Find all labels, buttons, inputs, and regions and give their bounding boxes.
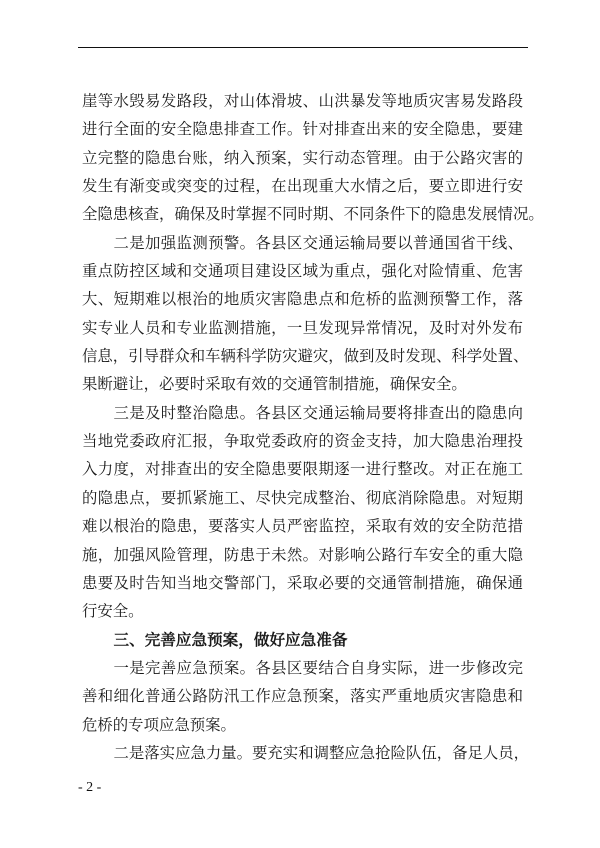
paragraph-hazard-remediation: 三是及时整治隐患。各县区交通运输局要将排查出的隐患向 当地党委政府汇报，争取党委…: [82, 399, 523, 626]
section-heading: 三、完善应急预案，做好应急准备: [82, 626, 523, 654]
text-line: 行安全。: [82, 597, 523, 625]
text-line: 二是加强监测预警。各县区交通运输局要以普通国省干线、: [82, 229, 523, 257]
text-line: 三是及时整治隐患。各县区交通运输局要将排查出的隐患向: [82, 399, 523, 427]
text-line: 重点防控区域和交通项目建设区域为重点，强化对险情重、危害: [82, 257, 523, 285]
text-line: 全隐患核查，确保及时掌握不同时期、不同条件下的隐患发展情况。: [82, 200, 523, 228]
paragraph-monitoring-warning: 二是加强监测预警。各县区交通运输局要以普通国省干线、 重点防控区域和交通项目建设…: [82, 229, 523, 399]
text-line: 崖等水毁易发路段，对山体滑坡、山洪暴发等地质灾害易发路段: [82, 87, 523, 115]
text-line: 患要及时告知当地交警部门，采取必要的交通管制措施，确保通: [82, 569, 523, 597]
text-line: 二是落实应急力量。要充实和调整应急抢险队伍，备足人员，: [82, 739, 523, 767]
text-line: 一是完善应急预案。各县区要结合自身实际，进一步修改完: [82, 654, 523, 682]
section-heading-emergency-plans: 三、完善应急预案，做好应急准备: [82, 626, 523, 654]
text-line: 入力度，对排查出的安全隐患要限期逐一进行整改。对正在施工: [82, 455, 523, 483]
text-line: 难以根治的隐患，要落实人员严密监控，采取有效的安全防范措: [82, 512, 523, 540]
text-line: 进行全面的安全隐患排查工作。针对排查出来的安全隐患，要建: [82, 115, 523, 143]
page-number: - 2 -: [78, 779, 101, 797]
text-line: 当地党委政府汇报，争取党委政府的资金支持，加大隐患治理投: [82, 427, 523, 455]
text-line: 果断避让，必要时采取有效的交通管制措施，确保安全。: [82, 370, 523, 398]
text-line: 立完整的隐患台账，纳入预案，实行动态管理。由于公路灾害的: [82, 144, 523, 172]
text-line: 的隐患点，要抓紧施工、尽快完成整治、彻底消除隐患。对短期: [82, 484, 523, 512]
header-rule: [78, 47, 528, 48]
text-line: 善和细化普通公路防汛工作应急预案，落实严重地质灾害隐患和: [82, 682, 523, 710]
text-line: 大、短期难以根治的地质灾害隐患点和危桥的监测预警工作，落: [82, 285, 523, 313]
paragraph-hazard-inspection-continued: 崖等水毁易发路段，对山体滑坡、山洪暴发等地质灾害易发路段 进行全面的安全隐患排查…: [82, 87, 523, 229]
text-line: 施，加强风险管理，防患于未然。对影响公路行车安全的重大隐: [82, 541, 523, 569]
document-body: 崖等水毁易发路段，对山体滑坡、山洪暴发等地质灾害易发路段 进行全面的安全隐患排查…: [82, 87, 523, 767]
text-line: 发生有渐变或突变的过程，在出现重大水情之后，要立即进行安: [82, 172, 523, 200]
paragraph-improve-plans: 一是完善应急预案。各县区要结合自身实际，进一步修改完 善和细化普通公路防汛工作应…: [82, 654, 523, 739]
text-line: 实专业人员和专业监测措施，一旦发现异常情况，及时对外发布: [82, 314, 523, 342]
document-page: 崖等水毁易发路段，对山体滑坡、山洪暴发等地质灾害易发路段 进行全面的安全隐患排查…: [0, 0, 600, 848]
paragraph-emergency-forces: 二是落实应急力量。要充实和调整应急抢险队伍，备足人员，: [82, 739, 523, 767]
text-line: 危桥的专项应急预案。: [82, 711, 523, 739]
text-line: 信息，引导群众和车辆科学防灾避灾，做到及时发现、科学处置、: [82, 342, 523, 370]
